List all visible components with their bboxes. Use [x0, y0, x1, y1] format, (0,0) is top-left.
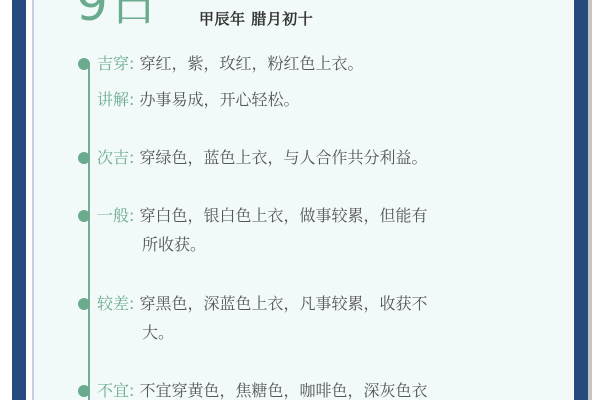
entry-label: 吉穿: [97, 54, 129, 73]
entry-label: 较差: [97, 294, 129, 313]
entry-jichuan: 吉穿: 穿红，紫，玫红，粉红色上衣。: [97, 49, 517, 78]
entry-text: 穿黑色，深蓝色上衣，凡事较累，收获不: [140, 294, 428, 313]
entry-text: 办事易成，开心轻松。: [140, 90, 300, 109]
entry-yiban: 一般: 穿白色，银白色上衣，做事较累，但能有 所收获。: [97, 201, 517, 259]
entry-text: 不宜穿黄色，焦糖色，咖啡色，深灰色衣: [140, 381, 428, 400]
entry-label: 讲解: [97, 90, 129, 109]
right-frame-edge: [588, 0, 592, 400]
timeline-dot-icon: [78, 58, 90, 70]
entry-text: 穿红，紫，玫红，粉红色上衣。: [140, 54, 364, 73]
entry-text-continued: 所收获。: [97, 230, 517, 259]
timeline-dot-icon: [78, 152, 90, 164]
lunar-date: 甲辰年 腊月初十: [199, 9, 313, 29]
timeline-dot-icon: [78, 298, 90, 310]
timeline-line: [88, 63, 90, 400]
timeline-dot-icon: [78, 385, 90, 397]
right-frame-border: [574, 0, 588, 400]
entry-label: 不宜: [97, 381, 129, 400]
entry-jiaocha: 较差: 穿黑色，深蓝色上衣，凡事较累，收获不 大。: [97, 289, 517, 347]
entry-buyi: 不宜: 不宜穿黄色，焦糖色，咖啡色，深灰色衣: [97, 376, 517, 400]
entry-text: 穿绿色，蓝色上衣，与人合作共分利益。: [140, 148, 428, 167]
entry-text: 穿白色，银白色上衣，做事较累，但能有: [140, 206, 428, 225]
entry-label: 一般: [97, 206, 129, 225]
left-frame-border: [12, 0, 26, 400]
timeline-dot-icon: [78, 210, 90, 222]
day-number: 9日: [76, 0, 160, 28]
entry-text-continued: 大。: [97, 318, 517, 347]
entry-label: 次吉: [97, 148, 129, 167]
entry-jiangjie: 讲解: 办事易成，开心轻松。: [97, 85, 517, 114]
entry-ciji: 次吉: 穿绿色，蓝色上衣，与人合作共分利益。: [97, 143, 517, 172]
